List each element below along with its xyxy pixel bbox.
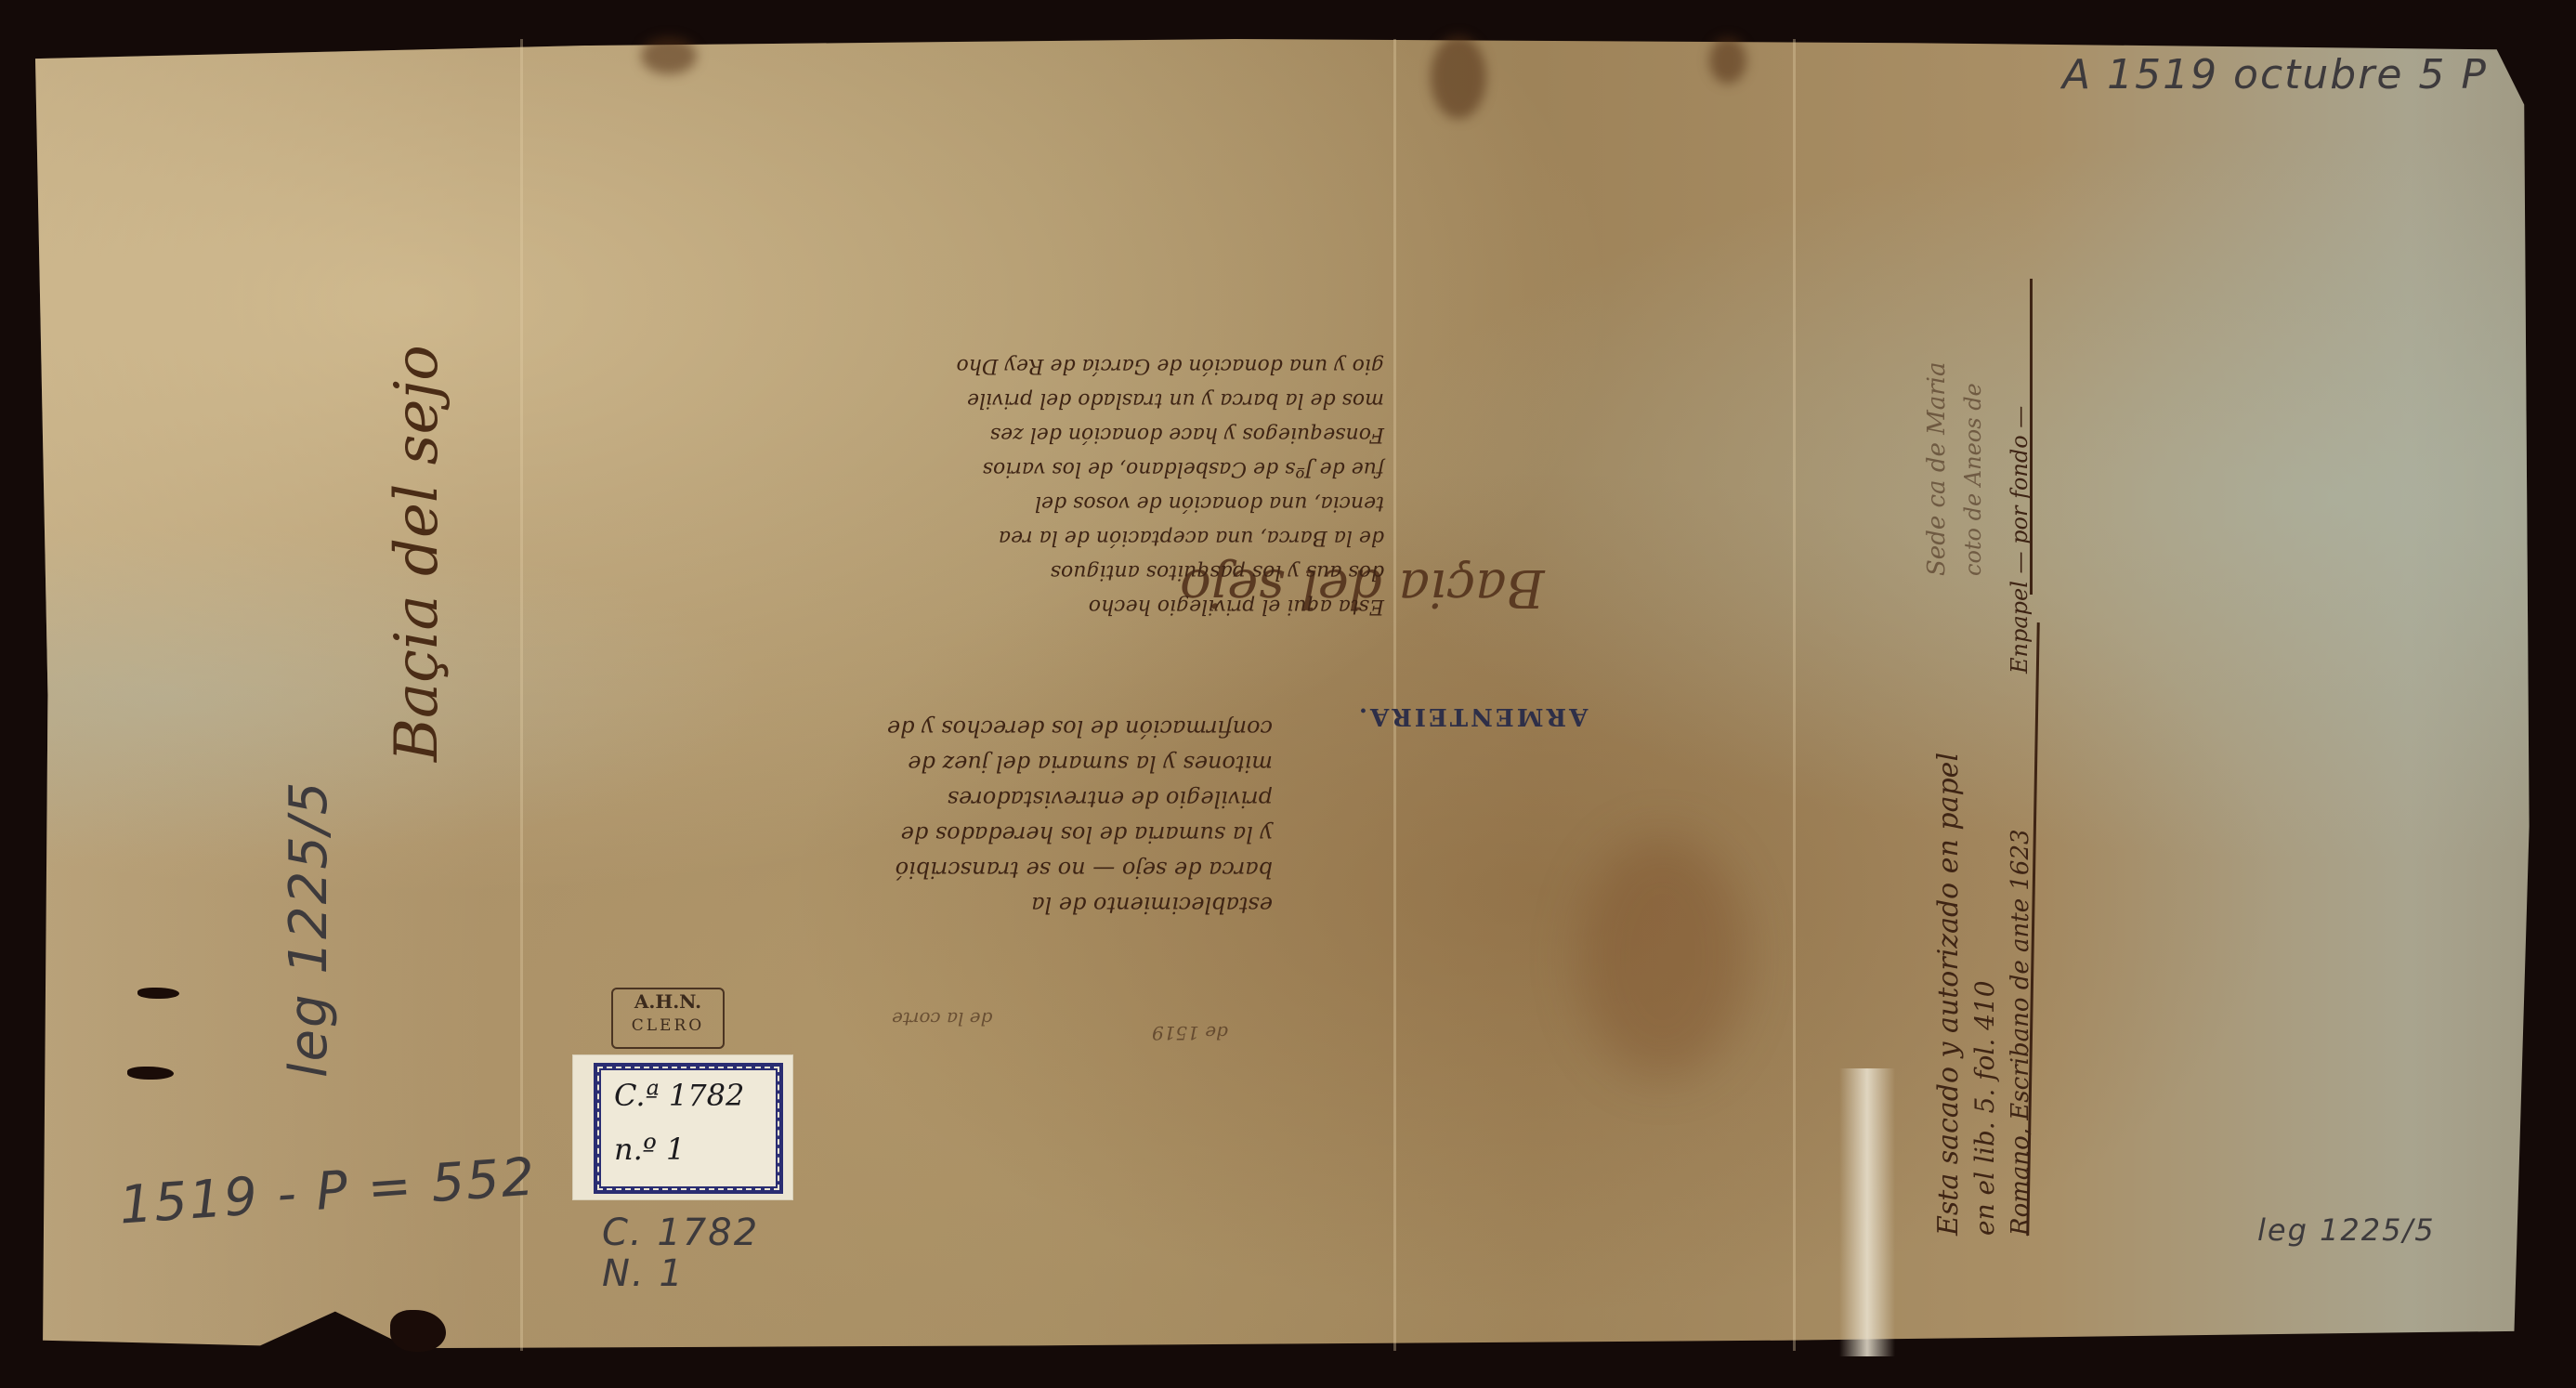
box-number: C.ª 1782 bbox=[614, 1078, 744, 1113]
script-line: mos de la barca y un traslado del privil… bbox=[790, 383, 1384, 417]
upside-down-note-block-2: establecimiento de la barca de sejo — no… bbox=[697, 711, 1273, 923]
parchment-hole bbox=[137, 988, 179, 999]
stamp-line: CLERO bbox=[613, 1014, 723, 1038]
catalog-date-annotation: A 1519 octubre 5 P bbox=[2062, 51, 2488, 98]
legajo-annotation: leg 1225/5 bbox=[2257, 1212, 2436, 1248]
fold-line bbox=[1393, 39, 1396, 1351]
stamp-line: A.H.N. bbox=[613, 989, 723, 1014]
armenteira-stamp: ARMENTEIRA. bbox=[1356, 702, 1588, 730]
item-annotation-line: N. 1 bbox=[602, 1253, 759, 1294]
ahn-clero-stamp: A.H.N. CLERO bbox=[611, 988, 725, 1049]
script-line: Esta aqui el privilegio hecho bbox=[790, 589, 1384, 623]
script-line: dos aus y los pasquitos antiguos bbox=[790, 555, 1384, 589]
upside-down-note-block-1: Esta aqui el privilegio hecho dos aus y … bbox=[790, 348, 1384, 623]
script-line: barca de sejo — no se transcribió bbox=[697, 852, 1273, 887]
transcription-note: Esta sacado y autorizado en papel bbox=[1932, 753, 1965, 1236]
script-line: tencia, una donación de vosos del bbox=[790, 486, 1384, 520]
box-annotation-line: C. 1782 bbox=[602, 1212, 759, 1253]
item-number: n.º 1 bbox=[614, 1132, 685, 1167]
stain bbox=[641, 37, 697, 74]
script-line: establecimiento de la bbox=[697, 887, 1273, 923]
faint-vertical-note: Sede ca de Maria bbox=[1923, 362, 1951, 576]
script-line: Fonsequiegos y hace donación del zes bbox=[790, 417, 1384, 452]
box-item-annotation: C. 1782 N. 1 bbox=[602, 1212, 759, 1294]
fold-line bbox=[1793, 39, 1796, 1351]
parchment-hole bbox=[127, 1067, 174, 1080]
stain bbox=[1431, 35, 1486, 119]
script-line: privilegio de entrevistadores bbox=[697, 781, 1273, 817]
script-line: mitones y la sumaria del juez de bbox=[697, 746, 1273, 781]
script-line: confirmación de los derechos y de bbox=[697, 711, 1273, 746]
dorsal-title: Baçia del sejo bbox=[383, 345, 451, 762]
faint-vertical-note: coto de Aneos de bbox=[1960, 383, 1986, 576]
stain bbox=[1709, 37, 1746, 84]
archive-signature-label: C.ª 1782 n.º 1 bbox=[572, 1054, 793, 1200]
script-line: gio y una donación de García de Rey Dho bbox=[790, 348, 1384, 383]
faint-note: de la corte bbox=[892, 1008, 992, 1030]
legajo-annotation-vertical: leg 1225/5 bbox=[279, 780, 339, 1078]
faint-note: de 1519 bbox=[1152, 1022, 1228, 1044]
sewn-repair bbox=[1839, 1068, 1895, 1356]
transcription-note: en el lib. 5. fol. 410 bbox=[1969, 980, 2000, 1236]
stain bbox=[1579, 836, 1746, 1078]
label-border: C.ª 1782 n.º 1 bbox=[594, 1063, 783, 1194]
script-line: fue de Jºs de Casbeldano, de los varios bbox=[790, 452, 1384, 486]
torn-edge bbox=[390, 1310, 446, 1352]
struck-vertical-note: Enpapel — por fondo — bbox=[2007, 406, 2033, 674]
script-line: de la Barca, una aceptación de la rea bbox=[790, 520, 1384, 555]
script-line: y la sumaria de los heredados de bbox=[697, 817, 1273, 852]
strike-through-line bbox=[2030, 279, 2033, 595]
